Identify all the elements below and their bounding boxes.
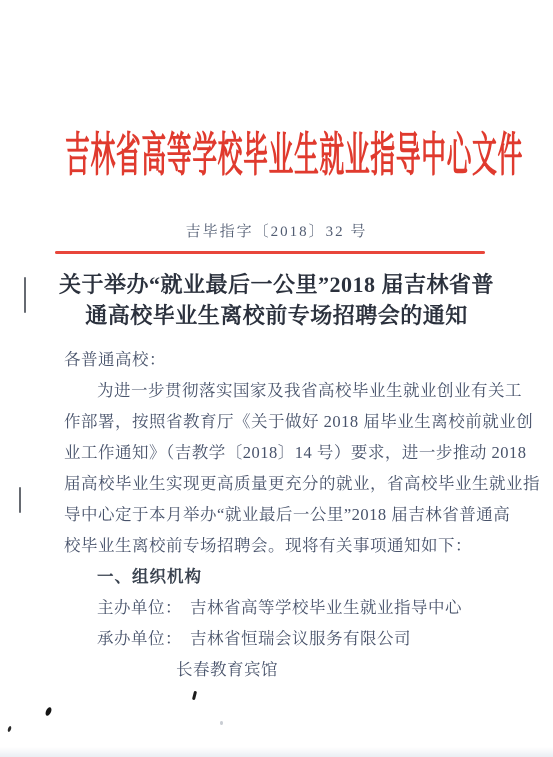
paragraph-line: 导中心定于本月举办“就业最后一公里”2018 届吉林省普通高 — [64, 499, 496, 530]
document-title-line2: 通高校毕业生离校前专场招聘会的通知 — [30, 300, 523, 331]
document-title-line1: 关于举办“就业最后一公里”2018 届吉林省普 — [30, 269, 523, 300]
scan-speck-3 — [7, 726, 12, 733]
paragraph-line: 业工作通知》（吉教学〔2018〕14 号）要求，进一步推动 2018 — [64, 437, 496, 468]
letterhead-divider-line — [55, 251, 485, 254]
organizer-unit-line: 承办单位：吉林省恒瑞会议服务有限公司 — [64, 623, 496, 654]
document-number: 吉毕指字〔2018〕32 号 — [0, 220, 553, 241]
paragraph-line: 作部署，按照省教育厅《关于做好 2018 届毕业生离校前就业创 — [64, 406, 496, 437]
scan-speck-2 — [44, 706, 52, 716]
scan-speck-4 — [220, 721, 223, 725]
organizer-unit-label: 承办单位： — [97, 629, 182, 648]
salutation: 各普通高校： — [64, 344, 496, 375]
document-page: 吉林省高等学校毕业生就业指导中心文件 吉毕指字〔2018〕32 号 关于举办“就… — [0, 0, 553, 757]
document-body: 各普通高校： 为进一步贯彻落实国家及我省高校毕业生就业创业有关工 作部署，按照省… — [64, 344, 496, 685]
document-title: 关于举办“就业最后一公里”2018 届吉林省普 通高校毕业生离校前专场招聘会的通… — [30, 269, 523, 331]
scan-mark-vertical-2 — [19, 487, 21, 513]
host-unit-line: 主办单位：吉林省高等学校毕业生就业指导中心 — [64, 592, 496, 623]
paragraph-line: 为进一步贯彻落实国家及我省高校毕业生就业创业有关工 — [64, 375, 496, 406]
organizer-unit-value2: 长春教育宾馆 — [64, 654, 496, 685]
paragraph-line: 校毕业生离校前专场招聘会。现将有关事项通知如下： — [64, 530, 496, 561]
paragraph-line: 届高校毕业生实现更高质量更充分的就业，省高校毕业生就业指 — [64, 468, 496, 499]
organizer-unit-value: 吉林省恒瑞会议服务有限公司 — [190, 629, 411, 648]
host-unit-label: 主办单位： — [97, 598, 182, 617]
letterhead-org-title: 吉林省高等学校毕业生就业指导中心文件 — [65, 127, 489, 185]
scan-mark-vertical-1 — [24, 277, 26, 313]
scan-speck-1 — [192, 691, 197, 700]
scan-edge-shadow — [0, 747, 553, 757]
section-heading-organization: 一、组织机构 — [64, 561, 496, 592]
host-unit-value: 吉林省高等学校毕业生就业指导中心 — [190, 598, 462, 617]
